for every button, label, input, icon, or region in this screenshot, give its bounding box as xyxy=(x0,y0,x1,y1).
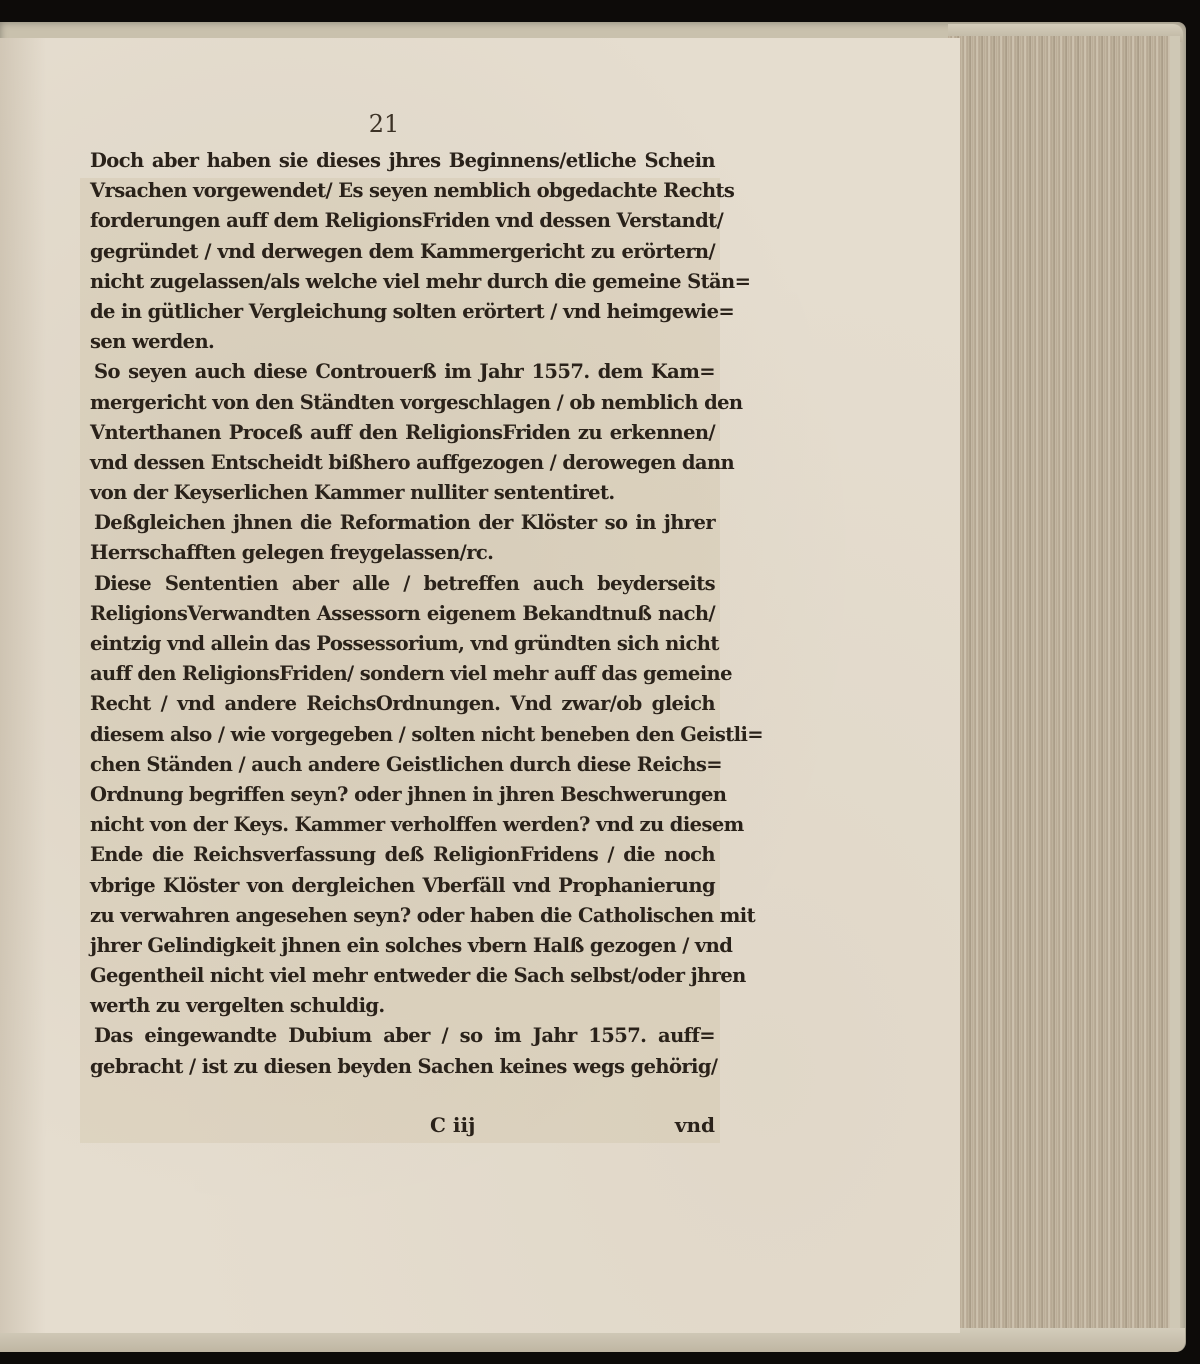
text-line: diesem also / wie vorgegeben / solten ni… xyxy=(90,720,715,750)
text-line: nicht zugelassen/als welche viel mehr du… xyxy=(90,267,715,297)
signature-mark: C iij xyxy=(430,1113,475,1137)
text-line: werth zu vergelten schuldig. xyxy=(90,991,715,1021)
text-line: So seyen auch diese Controuerß im Jahr 1… xyxy=(90,357,715,387)
text-line: Ende die Reichsverfassung deß ReligionFr… xyxy=(90,840,715,870)
text-line: Doch aber haben sie dieses jhres Beginne… xyxy=(90,146,715,176)
text-line: jhrer Gelindigkeit jhnen ein solches vbe… xyxy=(90,931,715,961)
text-line: Herrschafften gelegen freygelassen/rc. xyxy=(90,538,715,568)
text-line: gebracht / ist zu diesen beyden Sachen k… xyxy=(90,1052,715,1082)
text-line: ReligionsVerwandten Assessorn eigenem Be… xyxy=(90,599,715,629)
text-line: sen werden. xyxy=(90,327,715,357)
text-line: Recht / vnd andere ReichsOrdnungen. Vnd … xyxy=(90,689,715,719)
catchword: vnd xyxy=(675,1113,715,1137)
text-line: Vrsachen vorgewendet/ Es seyen nemblich … xyxy=(90,176,715,206)
text-line: eintzig vnd allein das Possessorium, vnd… xyxy=(90,629,715,659)
text-line: mergericht von den Ständten vorgeschlage… xyxy=(90,388,715,418)
text-line: auff den ReligionsFriden/ sondern viel m… xyxy=(90,659,715,689)
text-line: vnd dessen Entscheidt bißhero auffgezoge… xyxy=(90,448,715,478)
text-line: Deßgleichen jhnen die Reformation der Kl… xyxy=(90,508,715,538)
text-line: zu verwahren angesehen seyn? oder haben … xyxy=(90,901,715,931)
text-line: Vnterthanen Proceß auff den ReligionsFri… xyxy=(90,418,715,448)
text-line: vbrige Klöster von dergleichen Vberfäll … xyxy=(90,871,715,901)
text-line: forderungen auff dem ReligionsFriden vnd… xyxy=(90,206,715,236)
text-line: de in gütlicher Vergleichung solten erör… xyxy=(90,297,715,327)
text-line: Ordnung begriffen seyn? oder jhnen in jh… xyxy=(90,780,715,810)
text-line: von der Keyserlichen Kammer nulliter sen… xyxy=(90,478,715,508)
page-footer: C iij vnd xyxy=(90,1113,715,1143)
text-line: Gegentheil nicht viel mehr entweder die … xyxy=(90,961,715,991)
gutter-shadow xyxy=(0,38,46,1333)
page-text-body: Doch aber haben sie dieses jhres Beginne… xyxy=(90,146,715,1082)
page-number: 21 xyxy=(364,110,404,138)
text-line: nicht von der Keys. Kammer verholffen we… xyxy=(90,810,715,840)
text-line: gegründet / vnd derwegen dem Kammergeric… xyxy=(90,237,715,267)
page-stack-fore-edge xyxy=(948,36,1180,1334)
text-line: Diese Sententien aber alle / betreffen a… xyxy=(90,569,715,599)
text-line: Das eingewandte Dubium aber / so im Jahr… xyxy=(90,1021,715,1051)
text-line: chen Ständen / auch andere Geistlichen d… xyxy=(90,750,715,780)
